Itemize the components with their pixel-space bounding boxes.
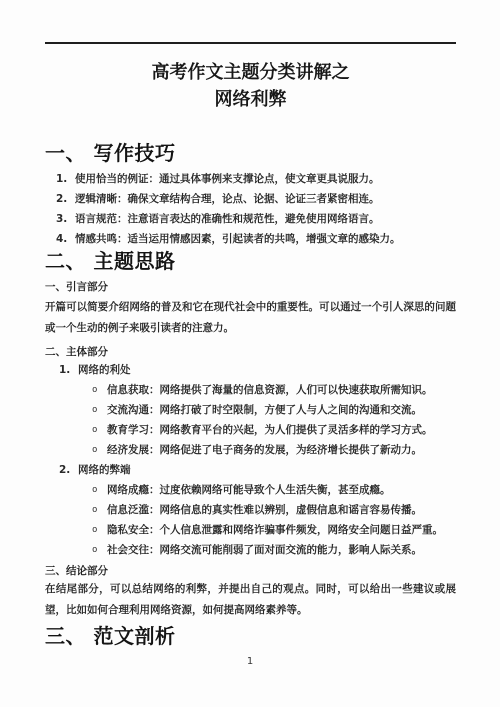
list-item-title: 网络的弊端 [78,464,131,476]
list-item-text: 逻辑清晰：确保文章结构合理，论点、论据、论证三者紧密相连。 [75,193,380,206]
list-item: 2. 逻辑清晰：确保文章结构合理，论点、论据、论证三者紧密相连。 [45,193,456,206]
bullet-text: 网络成瘾：过度依赖网络可能导致个人生活失衡，甚至成瘾。 [107,484,391,496]
bullet-text: 信息泛滥：网络信息的真实性难以辨别，虚假信息和谣言容易传播。 [107,504,422,516]
bullet-text: 信息获取：网络提供了海量的信息资源，人们可以快速获取所需知识。 [107,384,433,396]
bullet-marker: o [92,384,107,396]
bullet-text: 经济发展：网络促进了电子商务的发展，为经济增长提供了新动力。 [107,444,422,456]
document-page: 高考作文主题分类讲解之 网络利弊 一、 写作技巧 1. 使用恰当的例证：通过具体… [0,0,500,707]
subsection-heading-conclusion: 三、结论部分 [45,565,456,577]
header-divider [45,42,456,44]
subsection-heading-intro: 一、引言部分 [45,281,456,293]
bullet-item: o 网络成瘾：过度依赖网络可能导致个人生活失衡，甚至成瘾。 [45,484,456,496]
list-item-number: 1. [56,173,75,186]
list-item: 3. 语言规范：注意语言表达的准确性和规范性，避免使用网络语言。 [45,213,456,226]
list-item-number: 1. [59,364,78,376]
bullet-item: o 社会交往：网络交流可能削弱了面对面交流的能力，影响人际关系。 [45,544,456,556]
bullet-marker: o [92,404,107,416]
document-title-line2: 网络利弊 [45,86,456,113]
bullet-marker: o [92,524,107,536]
intro-paragraph: 开篇可以简要介绍网络的普及和它在现代社会中的重要性。可以通过一个引人深思的问题或… [45,297,456,339]
list-item-text: 语言规范：注意语言表达的准确性和规范性，避免使用网络语言。 [75,213,380,226]
bullet-marker: o [92,544,107,556]
bullet-item: o 交流沟通：网络打破了时空限制，方便了人与人之间的沟通和交流。 [45,404,456,416]
bullet-item: o 经济发展：网络促进了电子商务的发展，为经济增长提供了新动力。 [45,444,456,456]
list-item-number: 2. [59,464,78,476]
list-item: 4. 情感共鸣：适当运用情感因素，引起读者的共鸣，增强文章的感染力。 [45,233,456,246]
document-title-line1: 高考作文主题分类讲解之 [45,59,456,86]
bullet-text: 社会交往：网络交流可能削弱了面对面交流的能力，影响人际关系。 [107,544,422,556]
bullet-marker: o [92,484,107,496]
list-item-pros: 1. 网络的利处 [45,364,456,376]
bullet-marker: o [92,444,107,456]
bullet-item: o 信息泛滥：网络信息的真实性难以辨别，虚假信息和谣言容易传播。 [45,504,456,516]
page-number: 1 [0,656,500,667]
section-heading-sample-essay: 三、 范文剖析 [45,623,456,649]
section-heading-theme-ideas: 二、 主题思路 [45,248,456,274]
bullet-item: o 隐私安全：个人信息泄露和网络诈骗事件频发，网络安全问题日益严重。 [45,524,456,536]
bullet-item: o 信息获取：网络提供了海量的信息资源，人们可以快速获取所需知识。 [45,384,456,396]
bullet-text: 教育学习：网络教育平台的兴起，为人们提供了灵活多样的学习方式。 [107,424,433,436]
list-item-number: 2. [56,193,75,206]
list-item-cons: 2. 网络的弊端 [45,464,456,476]
section-heading-writing-skills: 一、 写作技巧 [45,140,456,166]
document-content: 高考作文主题分类讲解之 网络利弊 一、 写作技巧 1. 使用恰当的例证：通过具体… [0,42,500,649]
bullet-marker: o [92,424,107,436]
conclusion-paragraph: 在结尾部分，可以总结网络的利弊，并提出自己的观点。同时，可以给出一些建议或展望，… [45,579,456,621]
document-title: 高考作文主题分类讲解之 网络利弊 [45,59,456,113]
list-item-number: 3. [56,213,75,226]
list-item: 1. 使用恰当的例证：通过具体事例来支撑论点，使文章更具说服力。 [45,173,456,186]
bullet-text: 交流沟通：网络打破了时空限制，方便了人与人之间的沟通和交流。 [107,404,422,416]
writing-skills-list: 1. 使用恰当的例证：通过具体事例来支撑论点，使文章更具说服力。 2. 逻辑清晰… [45,173,456,246]
list-item-title: 网络的利处 [78,364,131,376]
bullet-marker: o [92,504,107,516]
bullet-item: o 教育学习：网络教育平台的兴起，为人们提供了灵活多样的学习方式。 [45,424,456,436]
bullet-text: 隐私安全：个人信息泄露和网络诈骗事件频发，网络安全问题日益严重。 [107,524,443,536]
list-item-text: 情感共鸣：适当运用情感因素，引起读者的共鸣，增强文章的感染力。 [75,233,401,246]
list-item-number: 4. [56,233,75,246]
list-item-text: 使用恰当的例证：通过具体事例来支撑论点，使文章更具说服力。 [75,173,380,186]
subsection-heading-body: 二、主体部分 [45,346,456,358]
